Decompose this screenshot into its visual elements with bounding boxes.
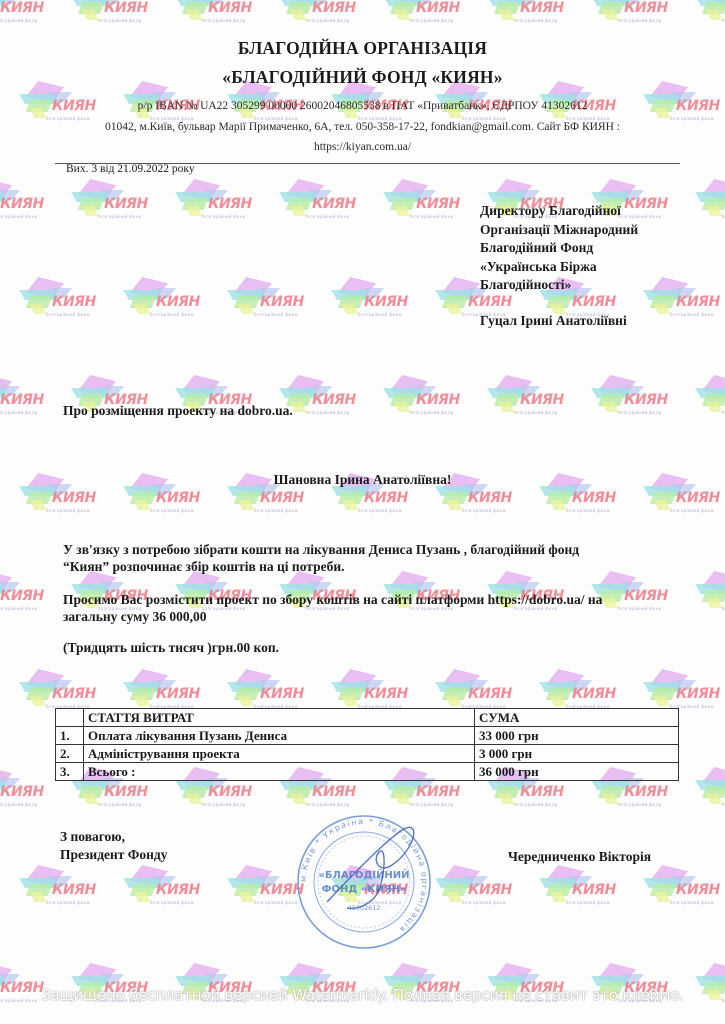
signatory-name: Чередниченко Вікторія xyxy=(508,849,651,865)
amount-in-words: (Тридцять шість тисяч )грн.00 коп. xyxy=(63,639,279,656)
row-number: 2. xyxy=(56,745,84,763)
outgoing-ref: Вих. 3 від 21.09.2022 року xyxy=(66,163,195,175)
row-item: Всього : xyxy=(84,763,475,781)
body-line: “Киян” розпочинає збір коштів на ці потр… xyxy=(63,558,579,575)
table-header-cell: СТАТТЯ ВИТРАТ xyxy=(84,709,475,727)
org-website: https://kiyan.com.ua/ xyxy=(0,141,725,153)
official-stamp: м.Київ * Україна * Благодійна організаці… xyxy=(287,810,442,955)
addressee-line: Благодійності» xyxy=(480,276,638,295)
salutation: Шановна Ірина Анатоліївна! xyxy=(0,472,725,488)
row-number: 1. xyxy=(56,727,84,745)
org-title-line2: «БЛАГОДІЙНИЙ ФОНД «КИЯН» xyxy=(0,67,725,88)
row-sum: 36 000 грн xyxy=(475,763,679,781)
row-item: Адміністрування проекта xyxy=(84,745,475,763)
bank-details: р/р IBAN № UA22 305299 00000 26002046805… xyxy=(0,100,725,112)
table-row: 1. Оплата лікування Пузань Дениса 33 000… xyxy=(56,727,679,745)
body-line: Просимо Вас розмістити проект по збору к… xyxy=(63,591,602,608)
addressee-line: Організації Міжнародний xyxy=(480,221,638,240)
row-sum: 33 000 грн xyxy=(475,727,679,745)
body-line: загальну суму 36 000,00 xyxy=(63,608,602,625)
expenses-table: СТАТТЯ ВИТРАТ СУМА 1. Оплата лікування П… xyxy=(55,708,679,781)
body-paragraph-2: Просимо Вас розмістити проект по збору к… xyxy=(63,591,602,625)
letter-subject: Про розміщення проекту на dobro.ua. xyxy=(63,402,293,419)
letter-document: БЛАГОДІЙНА ОРГАНІЗАЦІЯ «БЛАГОДІЙНИЙ ФОНД… xyxy=(0,0,725,1024)
closing-block: З повагою, Президент Фонду xyxy=(60,828,168,864)
org-address: 01042, м.Київ, бульвар Марії Примаченко,… xyxy=(0,121,725,133)
row-number: 3. xyxy=(56,763,84,781)
table-row: 2. Адміністрування проекта 3 000 грн xyxy=(56,745,679,763)
table-header-cell xyxy=(56,709,84,727)
stamp-center-line1: «БЛАГОДІЙНИЙ xyxy=(318,868,409,881)
row-sum: 3 000 грн xyxy=(475,745,679,763)
addressee-line: Директору Благодійної xyxy=(480,202,638,221)
closing-regards: З повагою, xyxy=(60,828,168,846)
table-header-cell: СУМА xyxy=(475,709,679,727)
row-item: Оплата лікування Пузань Дениса xyxy=(84,727,475,745)
table-row: 3. Всього : 36 000 грн xyxy=(56,763,679,781)
closing-title: Президент Фонду xyxy=(60,846,168,864)
org-title-line1: БЛАГОДІЙНА ОРГАНІЗАЦІЯ xyxy=(0,38,725,59)
addressee-name: Гуцал Ірині Анатоліївні xyxy=(480,312,638,331)
addressee-block: Директору Благодійної Організації Міжнар… xyxy=(480,202,638,330)
body-line: У зв'язку з потребою зібрати кошти на лі… xyxy=(63,541,579,558)
addressee-line: Благодійний Фонд xyxy=(480,239,638,258)
table-header-row: СТАТТЯ ВИТРАТ СУМА xyxy=(56,709,679,727)
watermarkly-notice: Защищено бесплатной версией Watermarkly.… xyxy=(0,986,725,1004)
body-paragraph-1: У зв'язку з потребою зібрати кошти на лі… xyxy=(63,541,579,575)
addressee-line: «Українська Біржа xyxy=(480,258,638,277)
